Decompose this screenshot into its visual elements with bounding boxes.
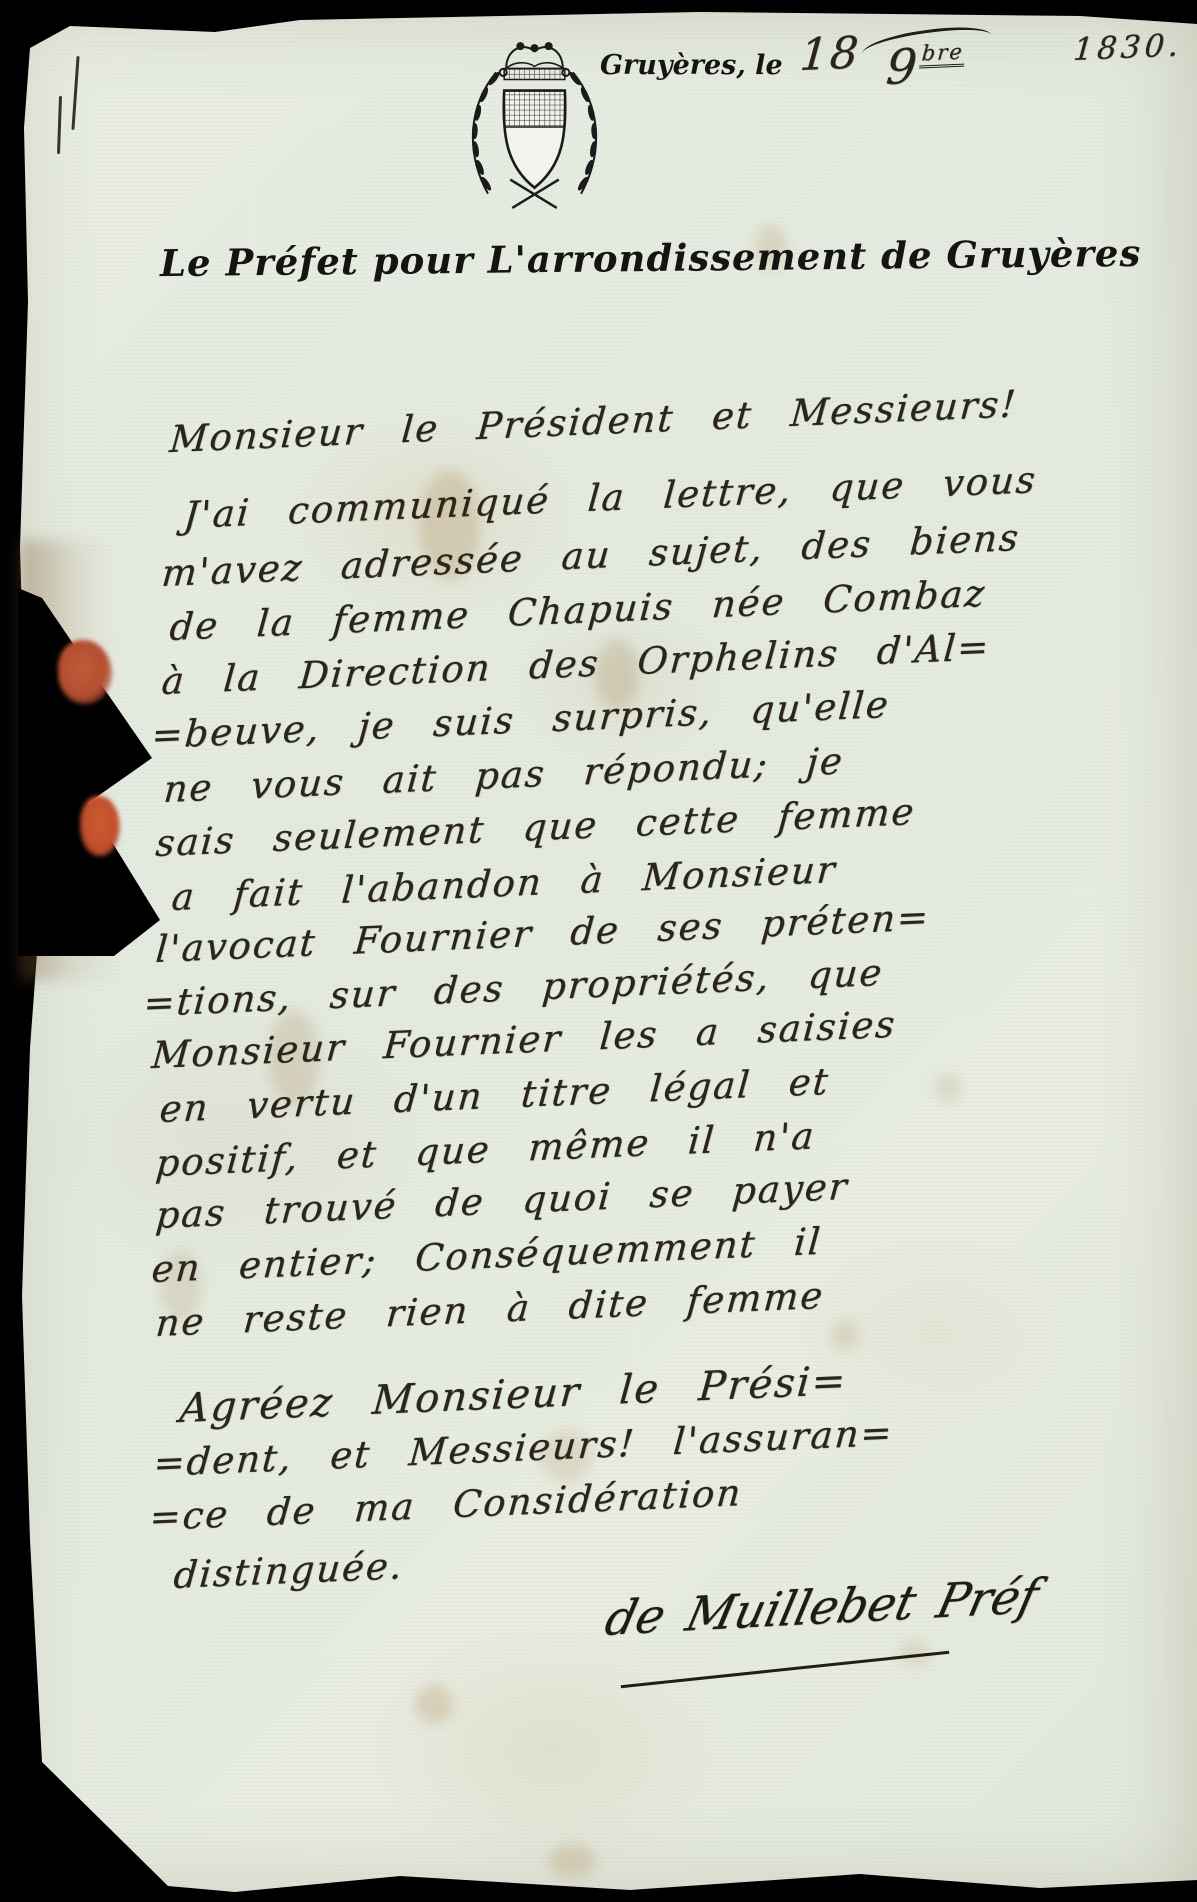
gruyeres-crest-icon bbox=[452, 34, 617, 216]
handwritten-date-year: 1830. bbox=[1072, 27, 1184, 68]
handwritten-date-day: 18 bbox=[798, 27, 862, 81]
wax-seal-remnant bbox=[58, 640, 112, 704]
wax-seal-remnant bbox=[80, 796, 120, 856]
printed-place-line: Gruyères, le bbox=[600, 50, 783, 81]
letter-scan-page: Gruyères, le 18 9bre 1830. Le Préfet pou… bbox=[0, 0, 1197, 1902]
